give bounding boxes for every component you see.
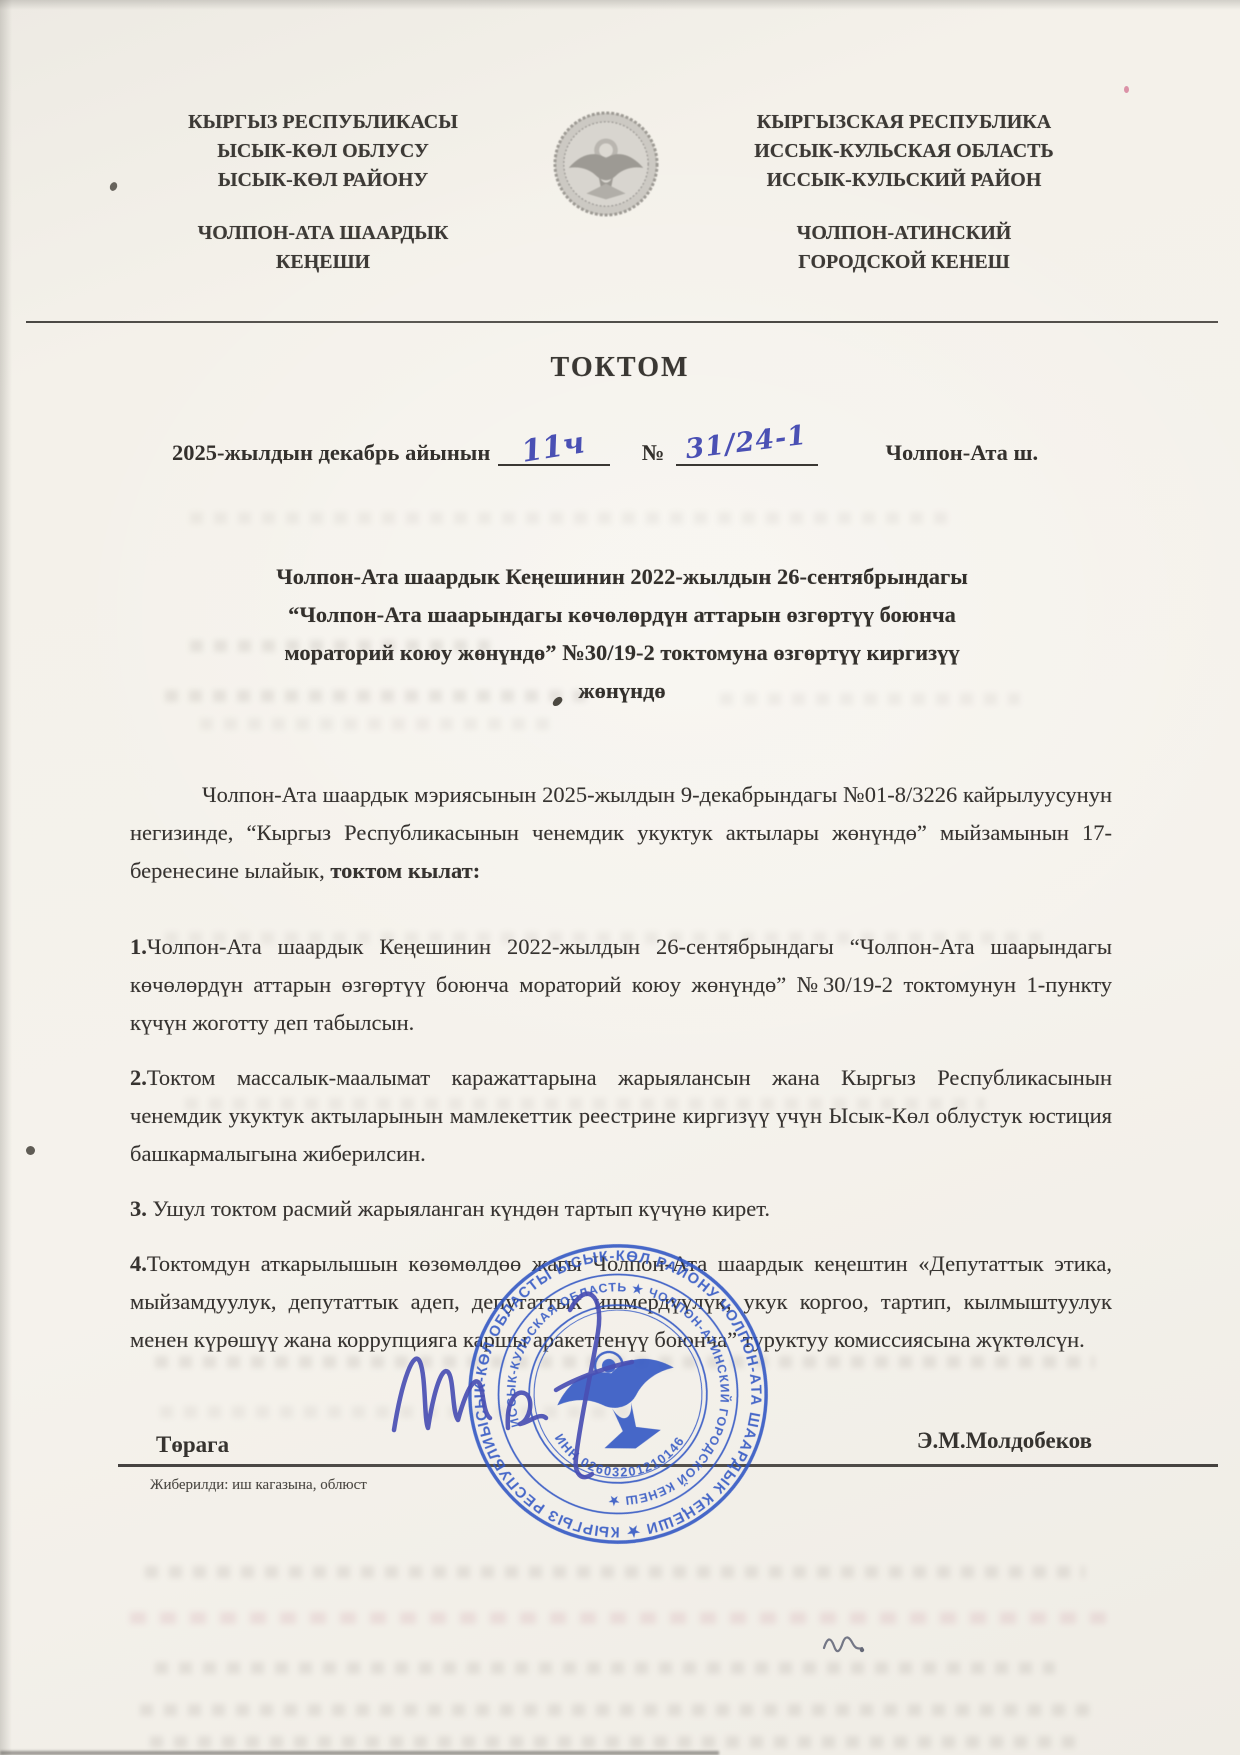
preamble-paragraph: Чолпон-Ата шаардык мэриясынын 2025-жылды… (130, 776, 1112, 890)
clause-text: Токтом массалык-маалымат каражаттарына ж… (130, 1065, 1112, 1166)
bleedthrough-smudge (140, 1704, 1100, 1716)
bleedthrough-smudge (185, 1098, 985, 1110)
date-number-line: 2025-жылдын декабрь айынын 11ч № 31/24-1… (172, 434, 1112, 466)
signer-name: Э.М.Молдобеков (917, 1428, 1092, 1454)
letterhead-org-line: ЧОЛПОН-АТИНСКИЙ (694, 219, 1114, 248)
letterhead-line: ЫСЫК-КӨЛ ОБЛУСУ (128, 137, 518, 166)
bleedthrough-smudge (165, 690, 595, 702)
bleedthrough-smudge (200, 718, 560, 730)
letterhead: КЫРГЫЗ РЕСПУБЛИКАСЫ ЫСЫК-КӨЛ ОБЛУСУ ЫСЫК… (128, 108, 1114, 277)
handwritten-day: 11ч (519, 425, 587, 469)
ink-speck (26, 1146, 35, 1155)
letterhead-russian: КЫРГЫЗСКАЯ РЕСПУБЛИКА ИССЫК-КУЛЬСКАЯ ОБЛ… (694, 108, 1114, 277)
letterhead-org-line: ЧОЛПОН-АТА ШААРДЫК (128, 219, 518, 248)
scanned-decree-page: КЫРГЫЗ РЕСПУБЛИКАСЫ ЫСЫК-КӨЛ ОБЛУСУ ЫСЫК… (0, 0, 1240, 1755)
letterhead-divider (26, 321, 1218, 323)
pink-speck (1124, 86, 1129, 93)
letterhead-org-line: КЕҢЕШИ (128, 248, 518, 277)
clause-number: 4. (130, 1251, 147, 1276)
letterhead-line: ЫСЫК-КӨЛ РАЙОНУ (128, 166, 518, 195)
clause-number: 3. (130, 1196, 147, 1221)
bleedthrough-smudge (155, 1662, 1055, 1674)
document-type-heading: ТОКТОМ (0, 352, 1240, 384)
scan-edge-bottom (0, 1751, 719, 1755)
bleedthrough-smudge (720, 693, 1020, 705)
letterhead-kyrgyz: КЫРГЫЗ РЕСПУБЛИКАСЫ ЫСЫК-КӨЛ ОБЛУСУ ЫСЫК… (128, 108, 518, 277)
title-line: Чолпон-Ата шаардык Кеңешинин 2022-жылдын… (150, 558, 1094, 596)
ink-speck (108, 181, 118, 192)
clause-3: 3. Ушул токтом расмий жарыяланган күндөн… (130, 1190, 1112, 1228)
bleedthrough-smudge (150, 1736, 1080, 1748)
resolution-title: Чолпон-Ата шаардык Кеңешинин 2022-жылдын… (150, 558, 1094, 710)
letterhead-org-line: ГОРОДСКОЙ КЕНЕШ (694, 248, 1114, 277)
bleedthrough-smudge (190, 512, 950, 524)
scan-edge-left (0, 0, 12, 1755)
letterhead-line: КЫРГЫЗ РЕСПУБЛИКАСЫ (128, 108, 518, 137)
bleedthrough-smudge (190, 640, 490, 652)
clause-number: 1. (130, 934, 147, 959)
clause-number: 2. (130, 1065, 147, 1090)
signer-role: Төрага (156, 1432, 229, 1458)
pen-scribble-mark (818, 1626, 868, 1656)
scan-edge-top (0, 0, 1240, 10)
number-sign: № (642, 440, 665, 465)
state-emblem (546, 108, 666, 277)
title-line: “Чолпон-Ата шаарындагы көчөлөрдүн аттары… (150, 596, 1094, 634)
clause-text: Чолпон-Ата шаардык Кеңешинин 2022-жылдын… (130, 934, 1112, 1035)
clause-1: 1.Чолпон-Ата шаардык Кеңешинин 2022-жылд… (130, 928, 1112, 1042)
letterhead-line: ИССЫК-КУЛЬСКИЙ РАЙОН (694, 166, 1114, 195)
clause-2: 2.Токтом массалык-маалымат каражаттарына… (130, 1059, 1112, 1173)
place-label: Чолпон-Ата ш. (885, 440, 1038, 465)
bleedthrough-smudge (145, 1566, 1085, 1578)
preamble-bold: токтом кылат: (330, 858, 480, 883)
bleedthrough-smudge (165, 932, 1045, 944)
distribution-note: Жиберилди: иш кагазына, облюст (150, 1477, 367, 1494)
handwritten-day-slot: 11ч (498, 434, 610, 466)
handwritten-number: 31/24-1 (684, 420, 809, 466)
kyrgyz-state-emblem-icon (552, 110, 660, 218)
preamble-text: Чолпон-Ата шаардык мэриясынын 2025-жылды… (130, 782, 1112, 883)
handwritten-number-slot: 31/24-1 (676, 434, 818, 466)
bleedthrough-smudge (130, 1612, 1120, 1624)
letterhead-line: КЫРГЫЗСКАЯ РЕСПУБЛИКА (694, 108, 1114, 137)
handwritten-signature (380, 1270, 710, 1500)
date-prefix: 2025-жылдын декабрь айынын (172, 440, 490, 465)
letterhead-line: ИССЫК-КУЛЬСКАЯ ОБЛАСТЬ (694, 137, 1114, 166)
